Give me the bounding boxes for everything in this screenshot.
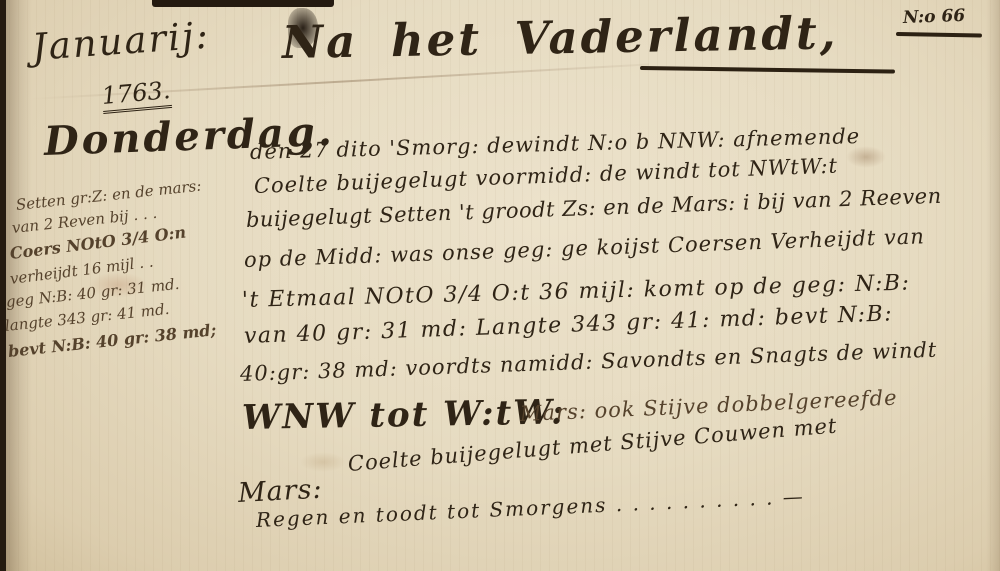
title-flourish-underline bbox=[640, 66, 895, 74]
paper-stain bbox=[846, 146, 886, 168]
page-number-flourish bbox=[896, 32, 982, 38]
page-title: Na het Vaderlandt, bbox=[282, 6, 839, 69]
right-edge-shadow bbox=[986, 0, 1000, 571]
page-number: N:o 66 bbox=[903, 6, 966, 28]
log-line-wind-direction: WNW tot W:tW: bbox=[242, 392, 566, 438]
top-edge-dark-strip bbox=[152, 0, 334, 7]
log-line: Regen en toodt tot Smorgens . . . . . . … bbox=[255, 484, 805, 532]
log-line: Mars: ook Stijve dobbelgereefde bbox=[519, 386, 898, 426]
log-line-mars-label: Mars: bbox=[237, 474, 323, 509]
header-year: 1763. bbox=[101, 76, 172, 114]
header-month: Januarij: bbox=[31, 14, 212, 69]
manuscript-page: Januarij: 1763. Na het Vaderlandt, N:o 6… bbox=[0, 0, 1000, 571]
log-line: op de Midd: was onse geg: ge koijst Coer… bbox=[244, 224, 926, 272]
paper-stain bbox=[300, 452, 346, 472]
